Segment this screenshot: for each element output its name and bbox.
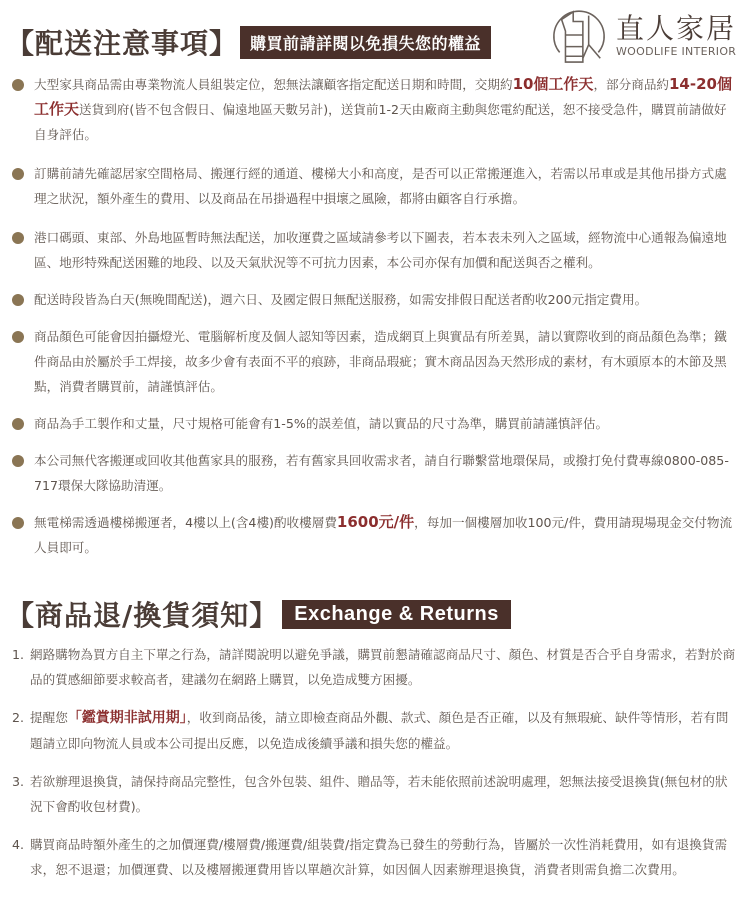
bullet-dot-icon [12,517,24,529]
delivery-note-8: 無電梯需透過樓梯搬運者，4樓以上(含4樓)酌收樓層費1600元/件，每加一個樓層… [0,510,750,560]
bullet-dot-icon [12,294,24,306]
delivery-note-6: 商品為手工製作和丈量，尺寸規格可能會有1-5%的誤差值，請以實品的尺寸為準，購買… [0,411,750,436]
appreciation-period-emphasis: 「鑑賞期非試用期」 [68,710,187,726]
returns-item-1: 1. 網路購物為買方自主下單之行為，請詳閱說明以避免爭議，購買前懇請確認商品尺寸… [0,642,750,692]
delivery-note-4: 配送時段皆為白天(無晚間配送)，週六日、及國定假日無配送服務，如需安排假日配送者… [0,287,750,312]
delivery-notes-title: 【配送注意事項】 [6,22,238,62]
delivery-title-group: 【配送注意事項】 購買前請詳閱以免損失您的權益 [6,22,491,62]
brand-name-cn: 直人家居 [616,13,736,45]
delivery-notes-list: 大型家具商品需由專業物流人員組裝定位，恕無法讓顧客指定配送日期和時間，交期約10… [0,72,750,572]
brand-name-en: WOODLIFE INTERIOR [616,45,736,58]
bullet-dot-icon [12,232,24,244]
brand-logo: 直人家居 WOODLIFE INTERIOR [550,6,736,64]
page-header: 【配送注意事項】 購買前請詳閱以免損失您的權益 直人家居 WOODLIFE IN… [0,0,750,70]
returns-title: 【商品退/換貨須知】 [6,594,278,634]
lead-time-emphasis: 10個工作天 [513,75,594,93]
bullet-dot-icon [12,79,24,91]
bullet-dot-icon [12,331,24,343]
delivery-note-7: 本公司無代客搬運或回收其他舊家具的服務，若有舊家具回收需求者，請自行聯繫當地環保… [0,448,750,498]
exchange-returns-tag: Exchange & Returns [282,600,511,629]
bullet-dot-icon [12,455,24,467]
delivery-note-1: 大型家具商品需由專業物流人員組裝定位，恕無法讓顧客指定配送日期和時間，交期約10… [0,72,750,147]
floor-fee-emphasis: 1600元/件 [337,513,414,531]
returns-item-3: 3. 若欲辦理退換貨，請保持商品完整性，包含外包裝、組件、贈品等，若未能依照前述… [0,769,750,819]
bullet-dot-icon [12,418,24,430]
delivery-note-2: 訂購前請先確認居家空間格局、搬運行經的通道、樓梯大小和高度，是否可以正常搬運進入… [0,161,750,211]
returns-item-4: 4. 購買商品時額外產生的之加價運費/樓層費/搬運費/組裝費/指定費為已發生的勞… [0,832,750,882]
woodlife-logo-icon [550,6,608,64]
returns-title-group: 【商品退/換貨須知】 Exchange & Returns [6,594,511,634]
returns-item-2: 2. 提醒您「鑑賞期非試用期」，收到商品後，請立即檢查商品外觀、款式、顏色是否正… [0,705,750,756]
delivery-note-3: 港口碼頭、東部、外島地區暫時無法配送，加收運費之區域請參考以下圖表，若本表未列入… [0,225,750,275]
bullet-dot-icon [12,168,24,180]
read-before-purchase-tag: 購買前請詳閱以免損失您的權益 [240,26,491,59]
returns-list: 1. 網路購物為買方自主下單之行為，請詳閱說明以避免爭議，購買前懇請確認商品尺寸… [0,642,750,893]
delivery-note-5: 商品顏色可能會因拍攝燈光、電腦解析度及個人認知等因素，造成網頁上與實品有所差異，… [0,324,750,399]
